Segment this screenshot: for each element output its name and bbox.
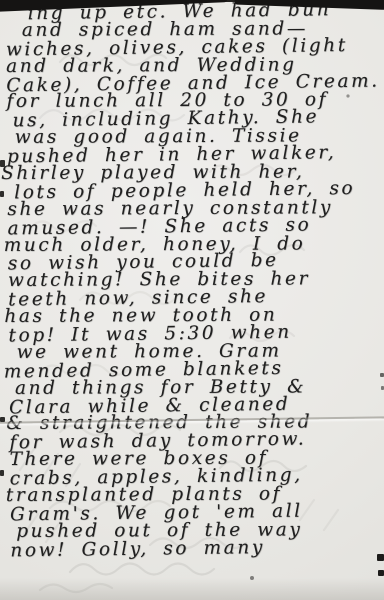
- edge-mark: [0, 191, 4, 197]
- edge-mark: [0, 470, 4, 476]
- edge-mark: [377, 554, 384, 561]
- edge-mark: [378, 570, 384, 576]
- letter-page: ing up etc. We had bun and spiced ham sa…: [0, 0, 384, 600]
- edge-mark: [0, 160, 5, 167]
- edge-mark: [0, 417, 5, 422]
- handwriting-text: ing up etc. We had bun and spiced ham sa…: [0, 1, 384, 559]
- edge-mark: [380, 373, 384, 377]
- handwriting-line: now! Golly, so many: [10, 537, 384, 560]
